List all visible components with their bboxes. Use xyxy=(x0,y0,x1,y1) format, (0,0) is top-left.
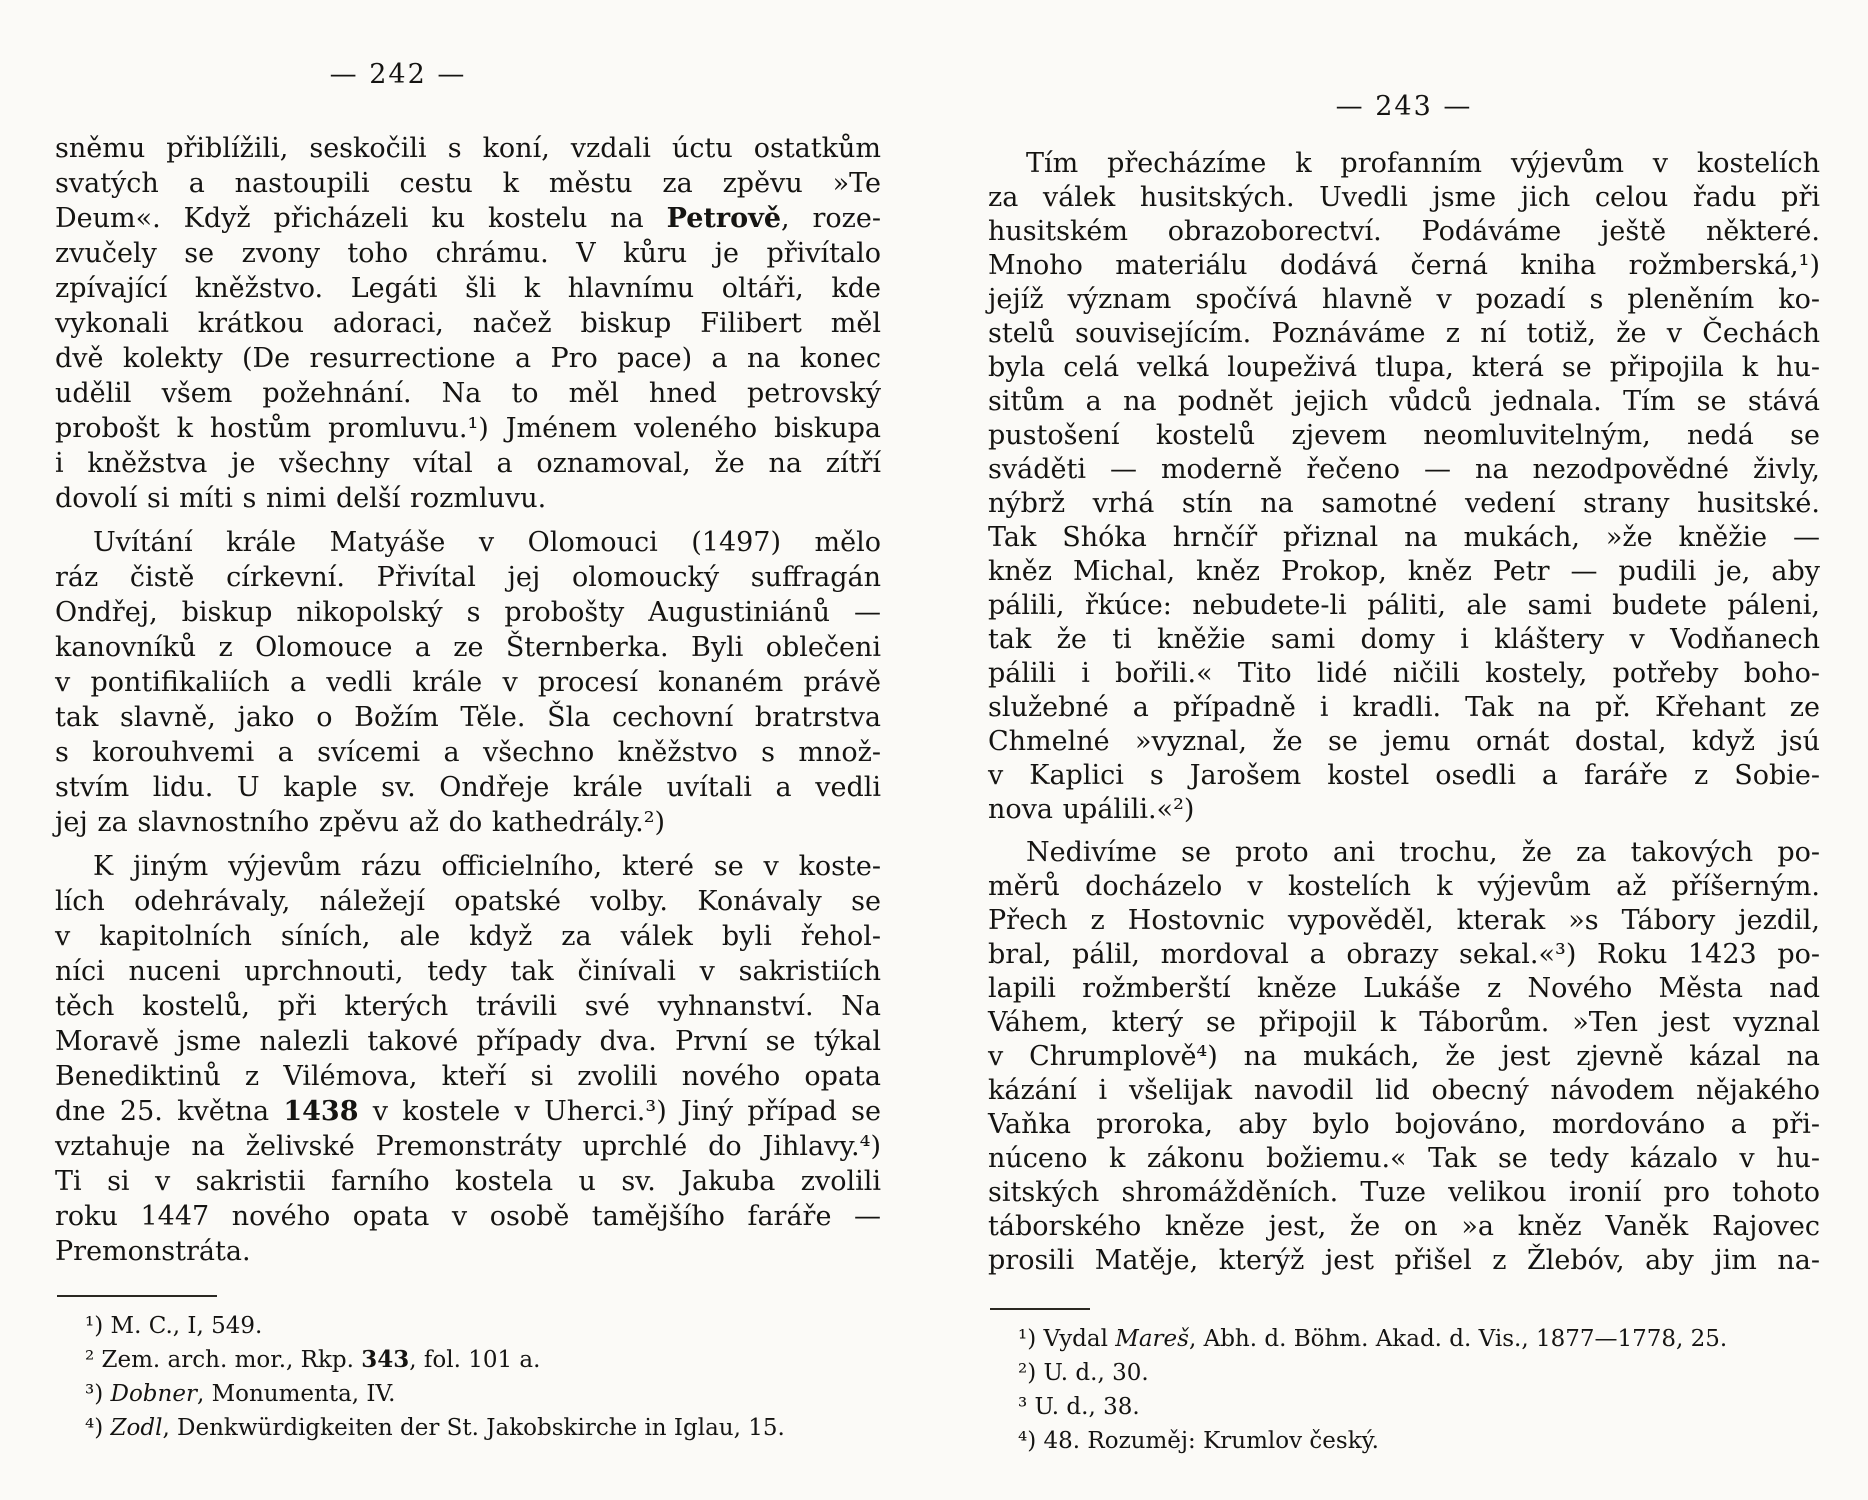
text-segment: U. d., 38. xyxy=(1035,1394,1140,1420)
text-line: Deum«. Když přicházeli ku kostelu na Pet… xyxy=(55,201,881,236)
text-line: těch kostelů, při kterých trávili své vy… xyxy=(55,989,881,1024)
text-line: Mnoho materiálu dodává černá kniha rožmb… xyxy=(988,249,1820,283)
footnotes: ¹) Vydal Mareš, Abh. d. Böhm. Akad. d. V… xyxy=(988,1322,1820,1458)
paragraph: sněmu přiblížili, seskočili s koní, vzda… xyxy=(55,131,881,516)
text-line: s korouhvemi a svícemi a všechno kněžstv… xyxy=(55,735,881,770)
text-line: Ondřej, biskup nikopolský s probošty Aug… xyxy=(55,595,881,630)
text-line: kněz Michal, kněz Prokop, kněz Petr — pu… xyxy=(988,555,1820,589)
text-line: služebné a případně i kradli. Tak na př.… xyxy=(988,691,1820,725)
text-line: kázání i všelijak navodil lid obecný náv… xyxy=(988,1074,1820,1108)
footnote-marker: ³ xyxy=(1018,1394,1035,1420)
footnote-marker: ²) xyxy=(1018,1360,1044,1386)
text-line: Ti si v sakristii farního kostela u sv. … xyxy=(55,1164,881,1199)
text-line: dne 25. května 1438 v kostele v Uherci.³… xyxy=(55,1094,881,1129)
text-line: byla celá velká loupeživá tlupa, která s… xyxy=(988,351,1820,385)
text-line: nova upálili.«²) xyxy=(988,793,1820,827)
text-segment: U. d., 30. xyxy=(1044,1360,1149,1386)
text-line: níci nuceni uprchnouti, tedy tak činíval… xyxy=(55,954,881,989)
footnote-marker: ¹) xyxy=(85,1313,111,1339)
paragraph: Nedivíme se proto ani trochu, že za tako… xyxy=(988,836,1820,1278)
text-line: v Kaplici s Jarošem kostel osedli a fará… xyxy=(988,759,1820,793)
bold-text: Petrově xyxy=(667,203,781,234)
text-line: zpívající kněžstvo. Legáti šli k hlavním… xyxy=(55,271,881,306)
text-line: v pontifikaliích a vedli krále v procesí… xyxy=(55,665,881,700)
text-line: jejíž význam spočívá hlavně v pozadí s p… xyxy=(988,283,1820,317)
text-line: jej za slavnostního zpěvu až do kathedrá… xyxy=(55,805,881,840)
text-segment: , Abh. d. Böhm. Akad. d. Vis., 1877—1778… xyxy=(1189,1326,1727,1352)
text-segment: , Denkwürdigkeiten der St. Jakobskirche … xyxy=(162,1415,784,1441)
footnote: ²) U. d., 30. xyxy=(1018,1356,1820,1390)
text-line: tak že ti kněžie sami domy i kláštery v … xyxy=(988,623,1820,657)
text-line: v kapitolních síních, ale když za válek … xyxy=(55,919,881,954)
text-line: i kněžstva je všechny vítal a oznamoval,… xyxy=(55,446,881,481)
footnote-marker: ⁴) xyxy=(1018,1428,1044,1454)
text-line: Tím přecházíme k profanním výjevům v kos… xyxy=(988,147,1820,181)
italic-text: Zodl xyxy=(111,1415,163,1441)
text-segment: , fol. 101 a. xyxy=(409,1347,540,1373)
text-line: svatých a nastoupili cestu k městu za zp… xyxy=(55,166,881,201)
text-line: v Chrumplově⁴) na mukách, že jest zjevně… xyxy=(988,1040,1820,1074)
text-line: pálili i bořili.« Tito lidé ničili koste… xyxy=(988,657,1820,691)
text-line: Benediktinů z Vilémova, kteří si zvolili… xyxy=(55,1059,881,1094)
text-line: dovolí si míti s nimi delší rozmluvu. xyxy=(55,481,881,516)
text-line: měrů docházelo v kostelích k výjevům až … xyxy=(988,870,1820,904)
text-segment: 48. Rozuměj: Krumlov český. xyxy=(1044,1428,1379,1454)
footnote-marker: ² xyxy=(85,1347,102,1373)
text-line: stvím lidu. U kaple sv. Ondřeje krále uv… xyxy=(55,770,881,805)
page-right: — 243 — Tím přecházíme k profanním výjev… xyxy=(988,90,1820,1458)
text-line: lapili rožmberští kněze Lukáše z Nového … xyxy=(988,972,1820,1006)
page-number: — 242 — xyxy=(0,58,811,92)
text-line: ráz čistě církevní. Přivítal jej olomouc… xyxy=(55,560,881,595)
text-line: sitům a na podnět jejich vůdců jednala. … xyxy=(988,385,1820,419)
text-segment: , roze- xyxy=(781,203,881,234)
text-line: Premonstráta. xyxy=(55,1234,881,1269)
text-segment: Vydal xyxy=(1044,1326,1116,1352)
text-line: Vaňka proroka, aby bylo bojováno, mordov… xyxy=(988,1108,1820,1142)
footnote: ² Zem. arch. mor., Rkp. 343, fol. 101 a. xyxy=(85,1343,881,1377)
text-segment: Zem. arch. mor., Rkp. xyxy=(102,1347,362,1373)
text-segment: dne 25. května xyxy=(55,1096,283,1127)
page-text: sněmu přiblížili, seskočili s koní, vzda… xyxy=(55,131,881,1445)
text-line: táborského kněze jest, že on »a kněz Van… xyxy=(988,1210,1820,1244)
text-line: sněmu přiblížili, seskočili s koní, vzda… xyxy=(55,131,881,166)
text-line: kanovníků z Olomouce a ze Šternberka. By… xyxy=(55,630,881,665)
text-line: udělil všem požehnání. Na to měl hned pe… xyxy=(55,376,881,411)
text-line: sváděti — moderně řečeno — na nezodpověd… xyxy=(988,453,1820,487)
text-line: Přech z Hostovnic vypověděl, kterak »s T… xyxy=(988,904,1820,938)
footnote-marker: ¹) xyxy=(1018,1326,1044,1352)
text-line: Tak Shóka hrnčíř přiznal na mukách, »že … xyxy=(988,521,1820,555)
footnotes: ¹) M. C., I, 549. ² Zem. arch. mor., Rkp… xyxy=(55,1309,881,1445)
text-line: Moravě jsme nalezli takové případy dva. … xyxy=(55,1024,881,1059)
page-left: — 242 — sněmu přiblížili, seskočili s ko… xyxy=(55,58,881,1445)
footnote: ³) Dobner, Monumenta, IV. xyxy=(85,1377,881,1411)
text-segment: v kostele v Uherci.³) Jiný případ se xyxy=(359,1096,882,1127)
bold-text: 1438 xyxy=(283,1096,358,1127)
text-line: husitském obrazoborectví. Podáváme ještě… xyxy=(988,215,1820,249)
text-line: prosili Matěje, kterýž jest přišel z Žle… xyxy=(988,1244,1820,1278)
page-number: — 243 — xyxy=(988,90,1820,124)
text-line: bral, pálil, mordoval a obrazy sekal.«³)… xyxy=(988,938,1820,972)
text-line: vztahuje na želivské Premonstráty uprchl… xyxy=(55,1129,881,1164)
text-line: nýbrž vrhá stín na samotné vedení strany… xyxy=(988,487,1820,521)
text-line: za válek husitských. Uvedli jsme jich ce… xyxy=(988,181,1820,215)
footnote-marker: ³) xyxy=(85,1381,111,1407)
text-segment: M. C., I, 549. xyxy=(111,1313,263,1339)
text-line: vykonali krátkou adoraci, načež biskup F… xyxy=(55,306,881,341)
footnote-separator xyxy=(57,1295,217,1297)
text-line: pustošení kostelů zjevem neomluvitelným,… xyxy=(988,419,1820,453)
footnote: ⁴) Zodl, Denkwürdigkeiten der St. Jakobs… xyxy=(85,1411,881,1445)
text-line: lích odehrávaly, náležejí opatské volby.… xyxy=(55,884,881,919)
text-line: stelů souvisejícím. Poznáváme z ní totiž… xyxy=(988,317,1820,351)
page-text: Tím přecházíme k profanním výjevům v kos… xyxy=(988,147,1820,1458)
footnote-marker: ⁴) xyxy=(85,1415,111,1441)
text-line: pálili, řkúce: nebudete-li páliti, ale s… xyxy=(988,589,1820,623)
text-line: roku 1447 nového opata v osobě tamějšího… xyxy=(55,1199,881,1234)
bold-text: 343 xyxy=(361,1346,409,1373)
text-line: Uvítání krále Matyáše v Olomouci (1497) … xyxy=(55,525,881,560)
text-line: zvučely se zvony toho chrámu. V kůru je … xyxy=(55,236,881,271)
footnote: ⁴) 48. Rozuměj: Krumlov český. xyxy=(1018,1424,1820,1458)
footnote: ³ U. d., 38. xyxy=(1018,1390,1820,1424)
text-line: núceno k zákonu božiemu.« Tak se tedy ká… xyxy=(988,1142,1820,1176)
text-line: Chmelné »vyznal, že se jemu ornát dostal… xyxy=(988,725,1820,759)
text-line: tak slavně, jako o Božím Těle. Šla cecho… xyxy=(55,700,881,735)
text-line: sitských shromážděních. Tuze velikou iro… xyxy=(988,1176,1820,1210)
text-segment: Deum«. Když přicházeli ku kostelu na xyxy=(55,203,667,234)
italic-text: Mareš xyxy=(1115,1326,1189,1352)
paragraph: Uvítání krále Matyáše v Olomouci (1497) … xyxy=(55,525,881,840)
paragraph: K jiným výjevům rázu officielního, které… xyxy=(55,849,881,1269)
text-segment: , Monumenta, IV. xyxy=(197,1381,395,1407)
footnote: ¹) Vydal Mareš, Abh. d. Böhm. Akad. d. V… xyxy=(1018,1322,1820,1356)
paragraph: Tím přecházíme k profanním výjevům v kos… xyxy=(988,147,1820,827)
text-line: probošt k hostům promluvu.¹) Jménem vole… xyxy=(55,411,881,446)
italic-text: Dobner xyxy=(111,1381,197,1407)
text-line: dvě kolekty (De resurrectione a Pro pace… xyxy=(55,341,881,376)
text-line: Nedivíme se proto ani trochu, že za tako… xyxy=(988,836,1820,870)
text-line: K jiným výjevům rázu officielního, které… xyxy=(55,849,881,884)
footnote: ¹) M. C., I, 549. xyxy=(85,1309,881,1343)
footnote-separator xyxy=(990,1308,1090,1310)
text-line: Váhem, který se připojil k Táborům. »Ten… xyxy=(988,1006,1820,1040)
